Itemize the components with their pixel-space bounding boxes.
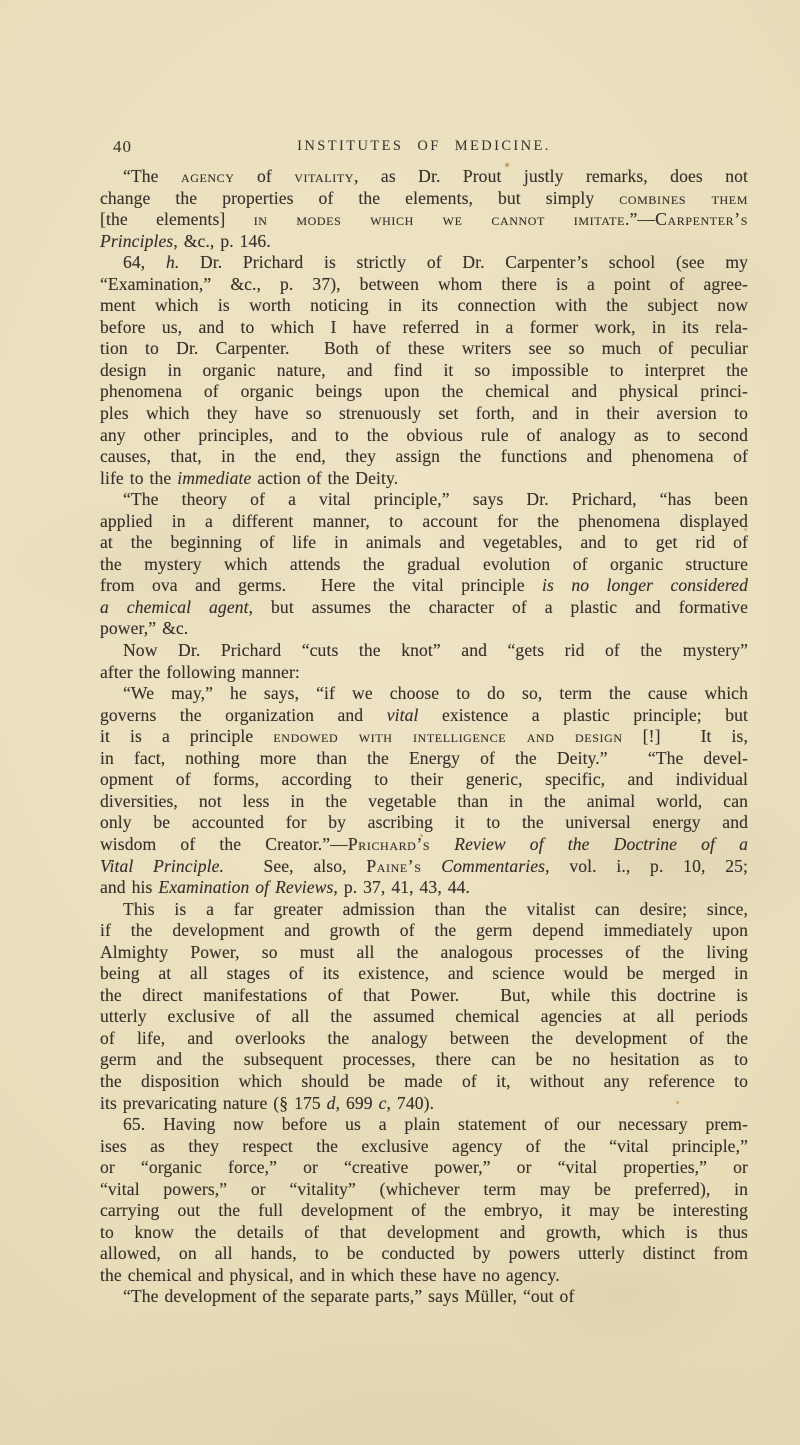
- text-segment: “The: [123, 166, 181, 186]
- text-segment: “Examination,” &c., p. 37), between whom…: [100, 274, 748, 294]
- text-segment: [the elements]: [100, 209, 254, 229]
- paragraph: 65. Having now before us a plain stateme…: [100, 1114, 748, 1286]
- text-line: 64, h. Dr. Prichard is strictly of Dr. C…: [100, 252, 748, 274]
- text-segment: after the following manner:: [100, 662, 300, 682]
- text-line: allowed, on all hands, to be conducted b…: [100, 1243, 748, 1265]
- text-segment: governs the organization and: [100, 705, 387, 725]
- text-line: and his Examination of Reviews, p. 37, 4…: [100, 877, 748, 899]
- text-line: after the following manner:: [100, 662, 748, 684]
- text-line: it is a principle endowed with intellige…: [100, 726, 748, 748]
- paragraph: “The development of the separate parts,”…: [100, 1286, 748, 1308]
- text-segment: its prevaricating nature (§ 175: [100, 1093, 327, 1113]
- text-line: germ and the subsequent processes, there…: [100, 1049, 748, 1071]
- text-line: “We may,” he says, “if we choose to do s…: [100, 683, 748, 705]
- paragraph: This is a far greater admission than the…: [100, 899, 748, 1114]
- text-line: the chemical and physical, and in which …: [100, 1265, 748, 1287]
- text-segment: [!] It is,: [623, 726, 748, 746]
- text-line: before us, and to which I have referred …: [100, 317, 748, 339]
- small-caps-text: Prichard’s: [348, 834, 430, 854]
- text-line: applied in a different manner, to accoun…: [100, 511, 748, 533]
- text-line: from ova and germs. Here the vital princ…: [100, 575, 748, 597]
- small-caps-text: endowed with intelligence and design: [273, 726, 622, 746]
- text-segment: “vital powers,” or “vitality” (whichever…: [100, 1179, 748, 1199]
- text-line: opment of forms, according to their gene…: [100, 769, 748, 791]
- italic-text: immediate: [177, 468, 251, 488]
- text-line: a chemical agent, but assumes the charac…: [100, 597, 748, 619]
- text-segment: the direct manifestations of that Power.…: [100, 985, 748, 1005]
- small-caps-text: Paine’s: [366, 856, 421, 876]
- italic-text: h.: [166, 252, 179, 272]
- text-line: ples which they have so strenuously set …: [100, 403, 748, 425]
- text-segment: only be accounted for by ascribing it to…: [100, 812, 748, 832]
- text-line: Almighty Power, so must all the analogou…: [100, 942, 748, 964]
- text-line: tion to Dr. Carpenter. Both of these wri…: [100, 338, 748, 360]
- text-segment: “The theory of a vital principle,” says …: [123, 489, 748, 509]
- text-segment: tion to Dr. Carpenter. Both of these wri…: [100, 338, 748, 358]
- text-segment: ples which they have so strenuously set …: [100, 403, 748, 423]
- small-caps-text: Carpenter’s: [655, 209, 748, 229]
- text-segment: .”—: [625, 209, 655, 229]
- text-segment: See, also,: [224, 856, 366, 876]
- text-line: of life, and overlooks the analogy betwe…: [100, 1028, 748, 1050]
- text-line: life to the immediate action of the Deit…: [100, 468, 748, 490]
- text-line: the direct manifestations of that Power.…: [100, 985, 748, 1007]
- text-line: only be accounted for by ascribing it to…: [100, 812, 748, 834]
- text-line: This is a far greater admission than the…: [100, 899, 748, 921]
- text-line: “Examination,” &c., p. 37), between whom…: [100, 274, 748, 296]
- text-segment: being at all stages of its existence, an…: [100, 963, 748, 983]
- text-segment: “We may,” he says, “if we choose to do s…: [123, 683, 748, 703]
- text-segment: wisdom of the Creator.”—: [100, 834, 348, 854]
- text-segment: phenomena of organic beings upon the che…: [100, 381, 748, 401]
- text-segment: the mystery which attends the gradual ev…: [100, 554, 748, 574]
- text-line: ment which is worth noticing in its conn…: [100, 295, 748, 317]
- italic-text: c: [379, 1093, 387, 1113]
- small-caps-text: in modes which we cannot imitate: [254, 209, 625, 229]
- text-segment: diversities, not less in the vegetable t…: [100, 791, 748, 811]
- text-segment: applied in a different manner, to accoun…: [100, 511, 748, 531]
- text-segment: opment of forms, according to their gene…: [100, 769, 748, 789]
- text-segment: existence a plastic principle; but: [418, 705, 748, 725]
- paragraph: Now Dr. Prichard “cuts the knot” and “ge…: [100, 640, 748, 683]
- text-line: its prevaricating nature (§ 175 d, 699 c…: [100, 1093, 748, 1115]
- small-caps-text: vitality: [294, 166, 354, 186]
- italic-text: Vital Principle.: [100, 856, 224, 876]
- text-line: “The theory of a vital principle,” says …: [100, 489, 748, 511]
- text-segment: the disposition which should be made of …: [100, 1071, 748, 1091]
- text-segment: any other principles, and to the obvious…: [100, 425, 748, 445]
- text-segment: This is a far greater admission than the…: [123, 899, 748, 919]
- text-segment: , but assumes the character of a plastic…: [249, 597, 748, 617]
- text-line: causes, that, in the end, they assign th…: [100, 446, 748, 468]
- text-line: utterly exclusive of all the assumed che…: [100, 1006, 748, 1028]
- text-segment: [430, 834, 454, 854]
- text-segment: 65. Having now before us a plain stateme…: [123, 1114, 748, 1134]
- paragraph: “The agency of vitality, as Dr. Prout ju…: [100, 166, 748, 252]
- text-line: Principles, &c., p. 146.: [100, 231, 748, 253]
- text-segment: , 699: [336, 1093, 379, 1113]
- text-segment: ment which is worth noticing in its conn…: [100, 295, 748, 315]
- text-segment: Now Dr. Prichard “cuts the knot” and “ge…: [123, 640, 748, 660]
- small-caps-text: agency: [181, 166, 235, 186]
- text-line: Now Dr. Prichard “cuts the knot” and “ge…: [100, 640, 748, 662]
- text-line: “vital powers,” or “vitality” (whichever…: [100, 1179, 748, 1201]
- text-line: change the properties of the elements, b…: [100, 188, 748, 210]
- italic-text: Examination of Reviews: [158, 877, 333, 897]
- text-segment: power,” &c.: [100, 618, 188, 638]
- text-line: ises as they respect the exclusive agenc…: [100, 1136, 748, 1158]
- running-header: INSTITUTES OF MEDICINE.: [100, 138, 748, 155]
- text-line: in fact, nothing more than the Energy of…: [100, 748, 748, 770]
- text-segment: 64,: [123, 252, 166, 272]
- paragraph: 64, h. Dr. Prichard is strictly of Dr. C…: [100, 252, 748, 489]
- text-line: wisdom of the Creator.”—Prichard’s Revie…: [100, 834, 748, 856]
- text-line: at the beginning of life in animals and …: [100, 532, 748, 554]
- italic-text: is no longer considered: [542, 575, 748, 595]
- italic-text: Principles: [100, 231, 173, 251]
- text-segment: causes, that, in the end, they assign th…: [100, 446, 748, 466]
- text-segment: , as Dr. Prout justly remarks, does not: [354, 166, 748, 186]
- text-segment: design in organic nature, and find it so…: [100, 360, 748, 380]
- text-line: [the elements] in modes which we cannot …: [100, 209, 748, 231]
- text-line: diversities, not less in the vegetable t…: [100, 791, 748, 813]
- text-line: carrying out the full development of the…: [100, 1200, 748, 1222]
- text-line: the mystery which attends the gradual ev…: [100, 554, 748, 576]
- text-line: power,” &c.: [100, 618, 748, 640]
- text-segment: in fact, nothing more than the Energy of…: [100, 748, 748, 768]
- text-segment: action of the Deity.: [251, 468, 398, 488]
- text-segment: germ and the subsequent processes, there…: [100, 1049, 748, 1069]
- text-segment: before us, and to which I have referred …: [100, 317, 748, 337]
- italic-text: Review of the Doctrine of a: [454, 834, 748, 854]
- text-line: 65. Having now before us a plain stateme…: [100, 1114, 748, 1136]
- text-segment: , &c., p. 146.: [173, 231, 271, 251]
- italic-text: Commentaries: [441, 856, 545, 876]
- text-segment: and his: [100, 877, 158, 897]
- text-segment: change the properties of the elements, b…: [100, 188, 619, 208]
- text-line: Vital Principle. See, also, Paine’s Comm…: [100, 856, 748, 878]
- text-segment: if the development and growth of the ger…: [100, 920, 748, 940]
- italic-text: vital: [387, 705, 419, 725]
- text-line: “The agency of vitality, as Dr. Prout ju…: [100, 166, 748, 188]
- text-line: being at all stages of its existence, an…: [100, 963, 748, 985]
- page-header: 40 INSTITUTES OF MEDICINE.: [100, 136, 748, 160]
- italic-text: a chemical agent: [100, 597, 249, 617]
- text-segment: utterly exclusive of all the assumed che…: [100, 1006, 748, 1026]
- text-segment: , 740).: [387, 1093, 435, 1113]
- text-line: design in organic nature, and find it so…: [100, 360, 748, 382]
- text-segment: life to the: [100, 468, 177, 488]
- text-line: “The development of the separate parts,”…: [100, 1286, 748, 1308]
- small-caps-text: combines them: [619, 188, 748, 208]
- text-line: to know the details of that development …: [100, 1222, 748, 1244]
- text-line: governs the organization and vital exist…: [100, 705, 748, 727]
- text-segment: from ova and germs. Here the vital princ…: [100, 575, 542, 595]
- text-line: any other principles, and to the obvious…: [100, 425, 748, 447]
- text-segment: at the beginning of life in animals and …: [100, 532, 748, 552]
- text-line: if the development and growth of the ger…: [100, 920, 748, 942]
- text-segment: allowed, on all hands, to be conducted b…: [100, 1243, 748, 1263]
- text-line: or “organic force,” or “creative power,”…: [100, 1157, 748, 1179]
- text-segment: carrying out the full development of the…: [100, 1200, 748, 1220]
- italic-text: d: [327, 1093, 336, 1113]
- text-segment: to know the details of that development …: [100, 1222, 748, 1242]
- text-segment: [422, 856, 442, 876]
- text-segment: of: [235, 166, 295, 186]
- text-segment: it is a principle: [100, 726, 273, 746]
- paragraph: “The theory of a vital principle,” says …: [100, 489, 748, 640]
- text-segment: the chemical and physical, and in which …: [100, 1265, 560, 1285]
- text-line: phenomena of organic beings upon the che…: [100, 381, 748, 403]
- text-segment: of life, and overlooks the analogy betwe…: [100, 1028, 748, 1048]
- paragraph: “We may,” he says, “if we choose to do s…: [100, 683, 748, 898]
- text-block: “The agency of vitality, as Dr. Prout ju…: [100, 166, 748, 1308]
- book-page: 40 INSTITUTES OF MEDICINE. “The agency o…: [0, 0, 800, 1445]
- text-segment: Dr. Prichard is strictly of Dr. Carpente…: [179, 252, 748, 272]
- text-segment: ises as they respect the exclusive agenc…: [100, 1136, 748, 1156]
- text-segment: , vol. i., p. 10, 25;: [545, 856, 748, 876]
- text-segment: , p. 37, 41, 43, 44.: [333, 877, 470, 897]
- text-line: the disposition which should be made of …: [100, 1071, 748, 1093]
- text-segment: or “organic force,” or “creative power,”…: [100, 1157, 748, 1177]
- text-segment: “The development of the separate parts,”…: [123, 1286, 574, 1306]
- text-segment: Almighty Power, so must all the analogou…: [100, 942, 748, 962]
